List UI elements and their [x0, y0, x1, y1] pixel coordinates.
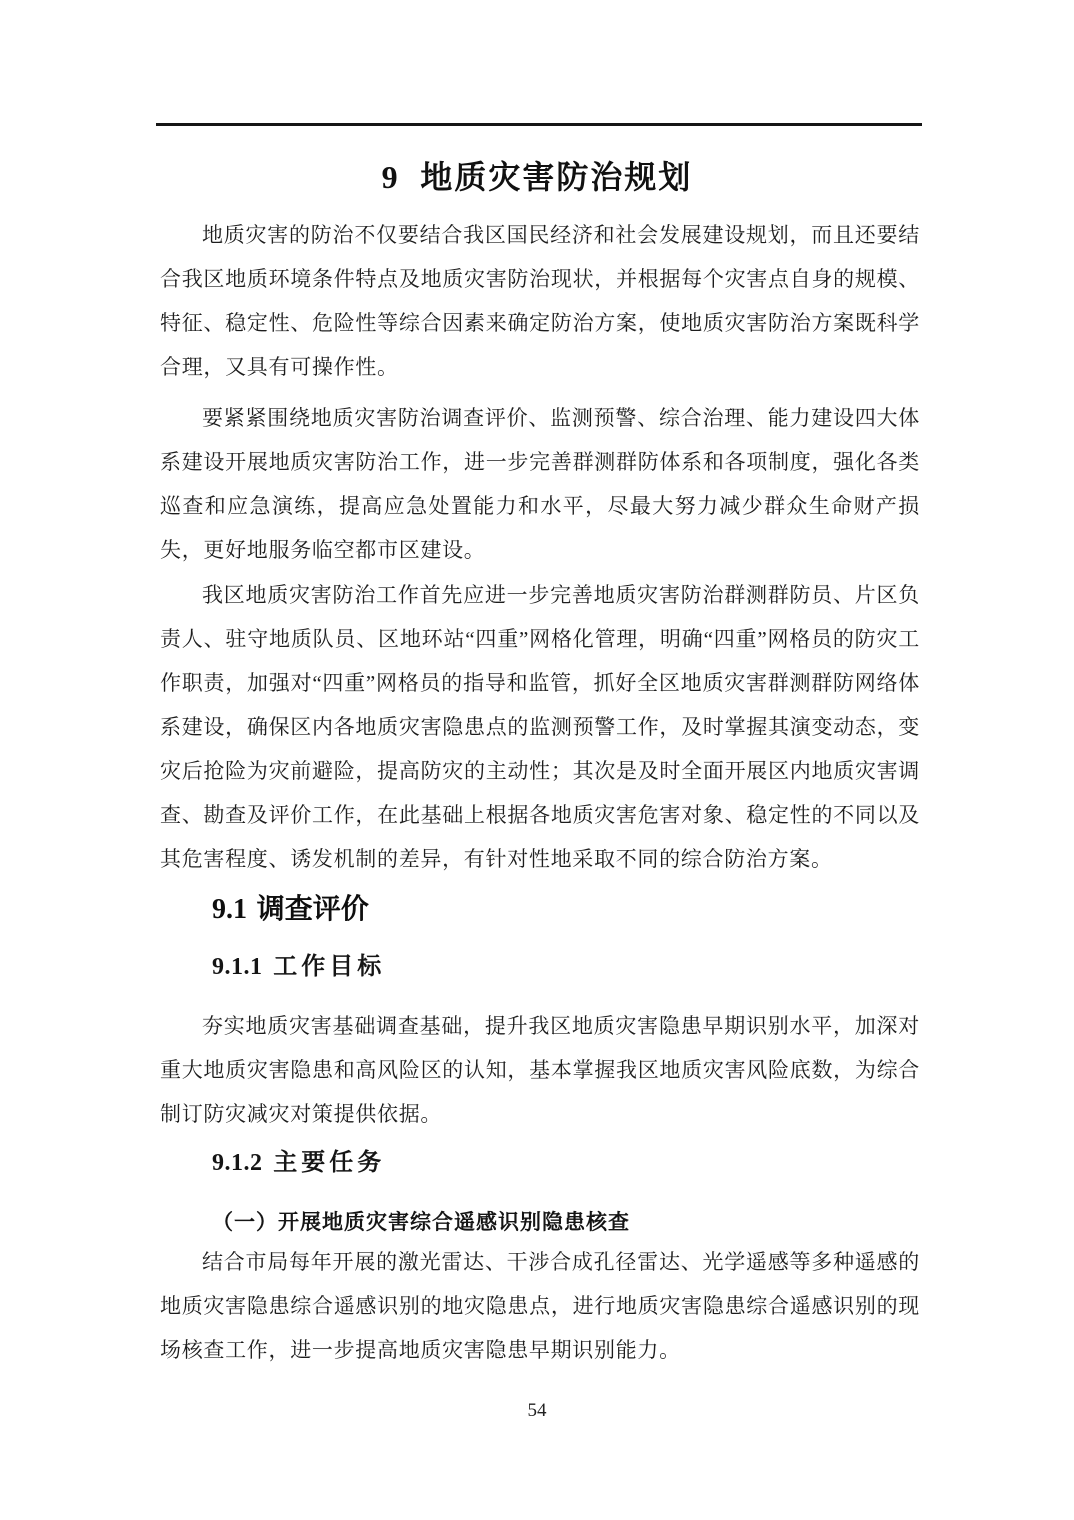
section-9-1-title: 调查评价: [257, 893, 369, 924]
section-9-1-heading: 9.1调查评价: [160, 889, 920, 930]
document-page: 9地质灾害防治规划 地质灾害的防治不仅要结合我区国民经济和社会发展建设规划，而且…: [0, 0, 1074, 1520]
section-9-1-2-heading: 9.1.2主要任务: [160, 1145, 920, 1181]
intro-paragraph-2: 要紧紧围绕地质灾害防治调查评价、监测预警、综合治理、能力建设四大体系建设开展地质…: [160, 396, 920, 572]
section-9-1-2-number: 9.1.2: [212, 1150, 263, 1176]
section-9-1-number: 9.1: [212, 894, 247, 925]
section-9-1-1-paragraph: 夯实地质灾害基础调查基础，提升我区地质灾害隐患早期识别水平，加深对重大地质灾害隐…: [160, 1004, 920, 1136]
page-number: 54: [0, 1400, 1074, 1422]
chapter-number: 9: [382, 159, 400, 195]
header-rule: [156, 123, 922, 126]
chapter-title-text: 地质灾害防治规划: [420, 159, 692, 195]
task-item-1-paragraph: 结合市局每年开展的激光雷达、干涉合成孔径雷达、光学遥感等多种遥感的地质灾害隐患综…: [160, 1240, 920, 1372]
section-9-1-1-title: 工作目标: [273, 954, 385, 980]
section-9-1-1-heading: 9.1.1工作目标: [160, 949, 920, 985]
intro-paragraph-3: 我区地质灾害防治工作首先应进一步完善地质灾害防治群测群防员、片区负责人、驻守地质…: [160, 573, 920, 881]
task-item-1-heading: （一）开展地质灾害综合遥感识别隐患核查: [160, 1205, 920, 1239]
intro-paragraph-1: 地质灾害的防治不仅要结合我区国民经济和社会发展建设规划，而且还要结合我区地质环境…: [160, 213, 920, 389]
chapter-title: 9地质灾害防治规划: [0, 153, 1074, 201]
section-9-1-1-number: 9.1.1: [212, 954, 263, 980]
section-9-1-2-title: 主要任务: [273, 1150, 385, 1176]
